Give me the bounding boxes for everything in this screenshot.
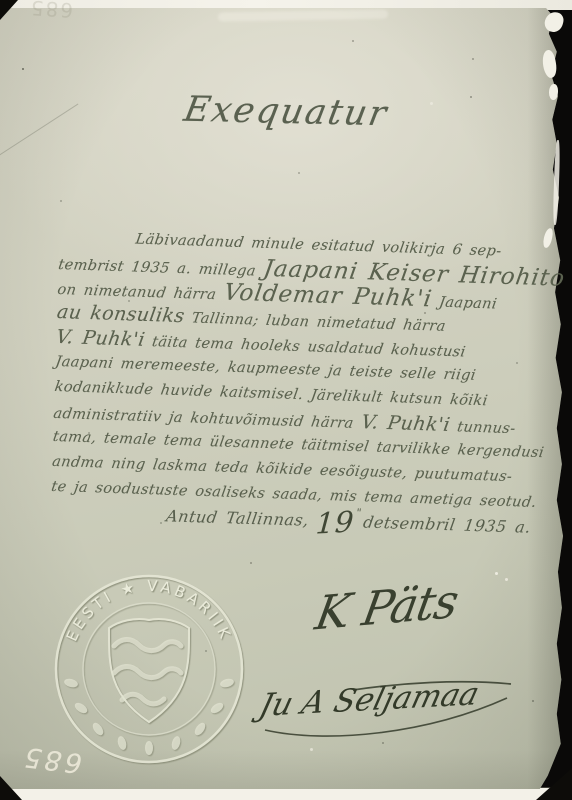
svg-text:EESTI ★ VABARIIK: EESTI ★ VABARIIK [63,577,236,644]
document-body: Läbivaadanud minule esitatud volikirja 6… [51,225,530,515]
body-segment: V. Puhk'i [360,411,452,436]
embossed-seal: EESTI ★ VABARIIK [50,570,248,768]
body-segment: au konsuliks [55,301,186,327]
body-segment: V. Puhk'i [55,326,147,351]
photo-frame: 685 Exequatur Läbivaadanud minule esitat… [0,0,572,800]
dateline-place: Antud Tallinnas, [165,506,311,529]
dateline-day-mark: " [355,506,363,519]
photo-border-bottom [0,788,572,800]
seal-oak-leaves [63,677,235,755]
seal-legend: EESTI ★ VABARIIK [63,577,236,644]
damage-mark [549,84,558,100]
offset-writing-smudge [218,10,388,22]
seal-coat-of-arms [56,576,242,762]
body-segment: tunnus- [448,419,516,437]
dateline-day: 19 [314,505,355,541]
body-segment: Jaapani [430,294,498,312]
dateline-rest: detsembril 1935 a. [362,513,532,537]
